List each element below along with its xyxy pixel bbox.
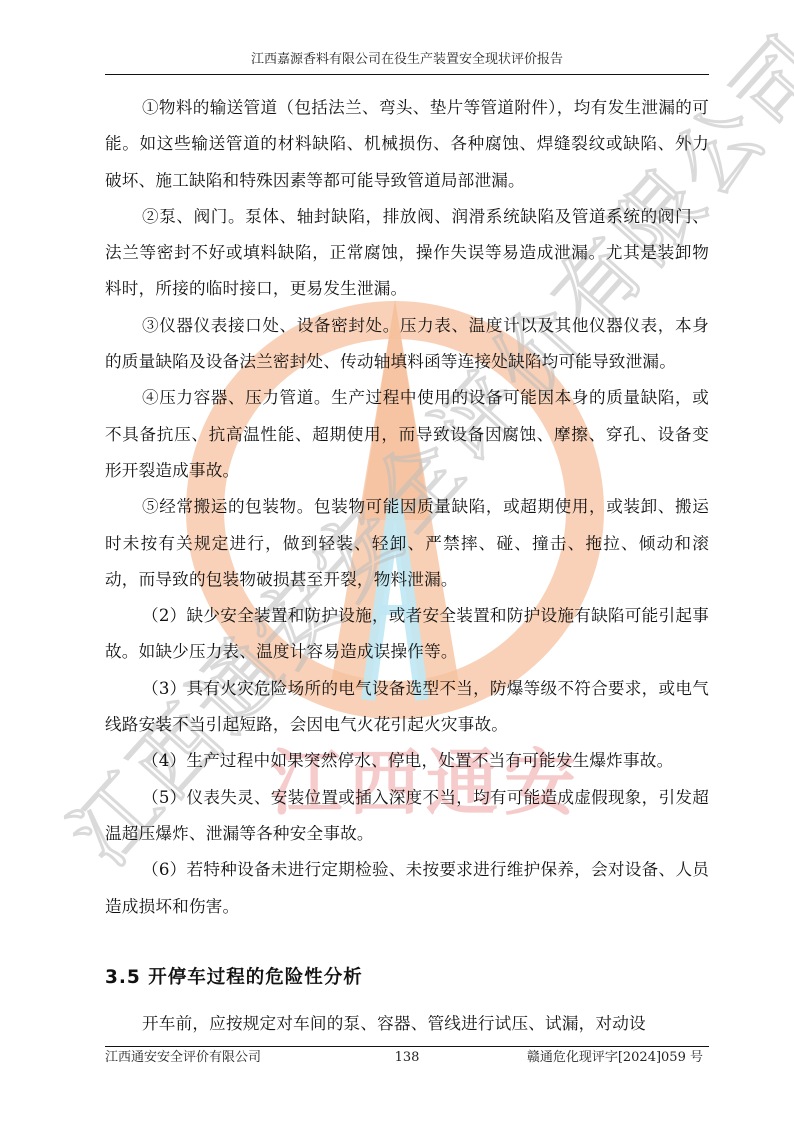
paragraph-pumps-valves: ②泵、阀门。泵体、轴封缺陷，排放阀、润滑系统缺陷及管道系统的阀门、法兰等密封不好… — [105, 199, 709, 308]
paragraph-startup: 开车前，应按规定对车间的泵、容器、管线进行试压、试漏，对动设 — [105, 1006, 709, 1042]
paragraph-packaging: ⑤经常搬运的包装物。包装物可能因质量缺陷，或超期使用，或装卸、搬运时未按有关规定… — [105, 489, 709, 598]
footer-doc-number: 赣通危化现评字[2024]059 号 — [527, 1050, 703, 1066]
paragraph-special-equipment: （6）若特种设备未进行定期检验、未按要求进行维护保养，会对设备、人员造成损坏和伤… — [105, 852, 709, 925]
footer-rule — [105, 1046, 709, 1047]
body-text: ①物料的输送管道（包括法兰、弯头、垫片等管道附件），均有发生泄漏的可能。如这些输… — [105, 90, 709, 925]
running-header: 江西嘉源香料有限公司在役生产装置安全现状评价报告 — [105, 52, 709, 68]
paragraph-electrical: （3）具有火灾危险场所的电气设备选型不当，防爆等级不符合要求，或电气线路安装不当… — [105, 671, 709, 744]
paragraph-pressure-vessels: ④压力容器、压力管道。生产过程中使用的设备可能因本身的质量缺陷，或不具备抗压、抗… — [105, 380, 709, 489]
paragraph-power-outage: （4）生产过程中如果突然停水、停电，处置不当有可能发生爆炸事故。 — [105, 743, 709, 779]
paragraph-pipeline: ①物料的输送管道（包括法兰、弯头、垫片等管道附件），均有发生泄漏的可能。如这些输… — [105, 90, 709, 199]
section-heading: 3.5 开停车过程的危险性分析 — [105, 964, 363, 992]
paragraph-instruments: ③仪器仪表接口处、设备密封处。压力表、温度计以及其他仪器仪表，本身的质量缺陷及设… — [105, 308, 709, 381]
document-page: 江西通安安全评价有限公司 江西通安 江西嘉源香料有限公司在役生产装置安全现状评价… — [0, 0, 794, 1123]
header-rule — [105, 74, 709, 75]
paragraph-instrument-failure: （5）仪表失灵、安装位置或插入深度不当，均有可能造成虚假现象，引发超温超压爆炸、… — [105, 780, 709, 853]
paragraph-safety-devices: （2）缺少安全装置和防护设施，或者安全装置和防护设施有缺陷可能引起事故。如缺少压… — [105, 598, 709, 671]
